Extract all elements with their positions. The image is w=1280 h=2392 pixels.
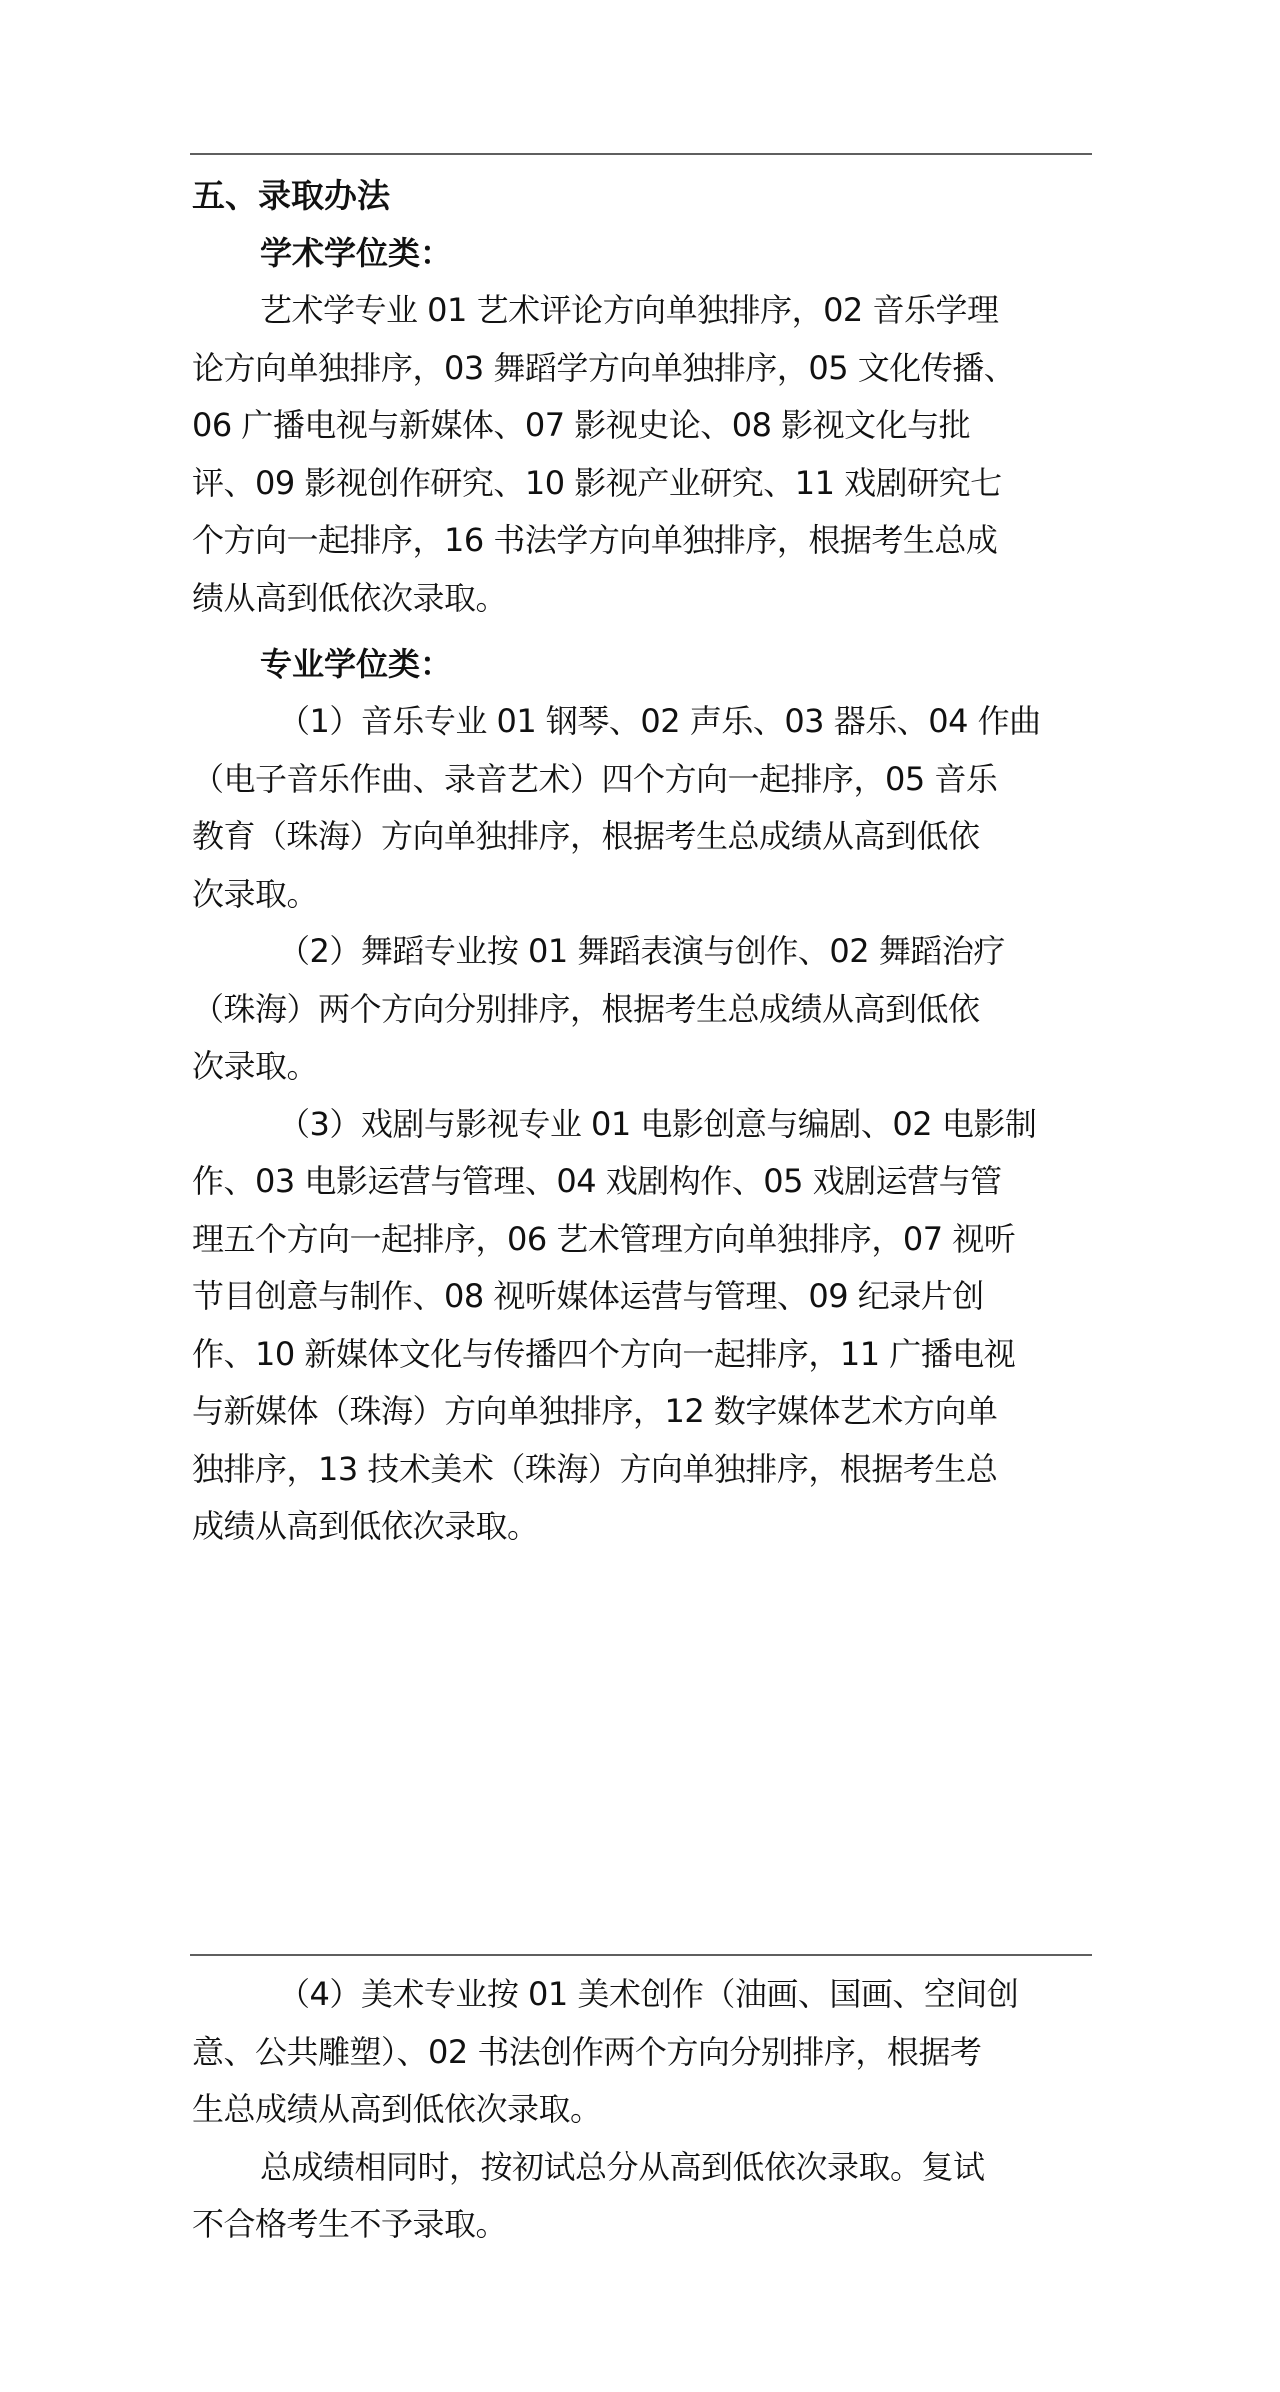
professional-item-music: （1）音乐专业 01 钢琴、02 声乐、03 器乐、04 作曲 （电子音乐作曲、…	[192, 693, 1092, 923]
professional-degree-label: 专业学位类：	[192, 635, 1092, 693]
paragraph-line: 不合格考生不予录取。	[192, 2196, 1092, 2254]
academic-degree-label: 学术学位类：	[192, 224, 1092, 282]
page-top-rule	[190, 1954, 1092, 1956]
paragraph-line: 教育（珠海）方向单独排序，根据考生总成绩从高到低依	[192, 808, 1092, 866]
paragraph-line: 独排序，13 技术美术（珠海）方向单独排序，根据考生总	[192, 1441, 1092, 1499]
paragraph-line: 生总成绩从高到低依次录取。	[192, 2081, 1092, 2139]
academic-paragraph: 艺术学专业 01 艺术评论方向单独排序，02 音乐学理 论方向单独排序，03 舞…	[192, 282, 1092, 627]
paragraph-line: 论方向单独排序，03 舞蹈学方向单独排序，05 文化传播、	[192, 340, 1092, 398]
tie-rule-paragraph: 总成绩相同时，按初试总分从高到低依次录取。复试 不合格考生不予录取。	[192, 2139, 1092, 2254]
paragraph-line: （珠海）两个方向分别排序，根据考生总成绩从高到低依	[192, 981, 1092, 1039]
paragraph-line: 意、公共雕塑）、02 书法创作两个方向分别排序，根据考	[192, 2024, 1092, 2082]
page-1-content: 五、录取办法 学术学位类： 艺术学专业 01 艺术评论方向单独排序，02 音乐学…	[192, 168, 1092, 1556]
section-title: 五、录取办法	[192, 168, 1092, 224]
paragraph-line: 总成绩相同时，按初试总分从高到低依次录取。复试	[192, 2139, 1092, 2197]
paragraph-line: （2）舞蹈专业按 01 舞蹈表演与创作、02 舞蹈治疗	[192, 923, 1092, 981]
paragraph-line: 作、10 新媒体文化与传播四个方向一起排序，11 广播电视	[192, 1326, 1092, 1384]
paragraph-line: 06 广播电视与新媒体、07 影视史论、08 影视文化与批	[192, 397, 1092, 455]
paragraph-line: （3）戏剧与影视专业 01 电影创意与编剧、02 电影制	[192, 1096, 1092, 1154]
paragraph-line: （1）音乐专业 01 钢琴、02 声乐、03 器乐、04 作曲	[192, 693, 1092, 751]
paragraph-line: 与新媒体（珠海）方向单独排序，12 数字媒体艺术方向单	[192, 1383, 1092, 1441]
paragraph-line: （4）美术专业按 01 美术创作（油画、国画、空间创	[192, 1966, 1092, 2024]
paragraph-line: 绩从高到低依次录取。	[192, 570, 1092, 628]
page-2-content: （4）美术专业按 01 美术创作（油画、国画、空间创 意、公共雕塑）、02 书法…	[192, 1966, 1092, 2254]
paragraph-line: 评、09 影视创作研究、10 影视产业研究、11 戏剧研究七	[192, 455, 1092, 513]
professional-item-drama-film: （3）戏剧与影视专业 01 电影创意与编剧、02 电影制 作、03 电影运营与管…	[192, 1096, 1092, 1556]
professional-item-dance: （2）舞蹈专业按 01 舞蹈表演与创作、02 舞蹈治疗 （珠海）两个方向分别排序…	[192, 923, 1092, 1096]
professional-item-fine-arts: （4）美术专业按 01 美术创作（油画、国画、空间创 意、公共雕塑）、02 书法…	[192, 1966, 1092, 2139]
paragraph-line: 理五个方向一起排序，06 艺术管理方向单独排序，07 视听	[192, 1211, 1092, 1269]
paragraph-line: 次录取。	[192, 866, 1092, 924]
paragraph-line: 艺术学专业 01 艺术评论方向单独排序，02 音乐学理	[192, 282, 1092, 340]
page-top-rule	[190, 153, 1092, 155]
paragraph-line: 作、03 电影运营与管理、04 戏剧构作、05 戏剧运营与管	[192, 1153, 1092, 1211]
paragraph-line: 节目创意与制作、08 视听媒体运营与管理、09 纪录片创	[192, 1268, 1092, 1326]
paragraph-line: 成绩从高到低依次录取。	[192, 1498, 1092, 1556]
paragraph-line: （电子音乐作曲、录音艺术）四个方向一起排序，05 音乐	[192, 751, 1092, 809]
paragraph-line: 个方向一起排序，16 书法学方向单独排序，根据考生总成	[192, 512, 1092, 570]
paragraph-line: 次录取。	[192, 1038, 1092, 1096]
